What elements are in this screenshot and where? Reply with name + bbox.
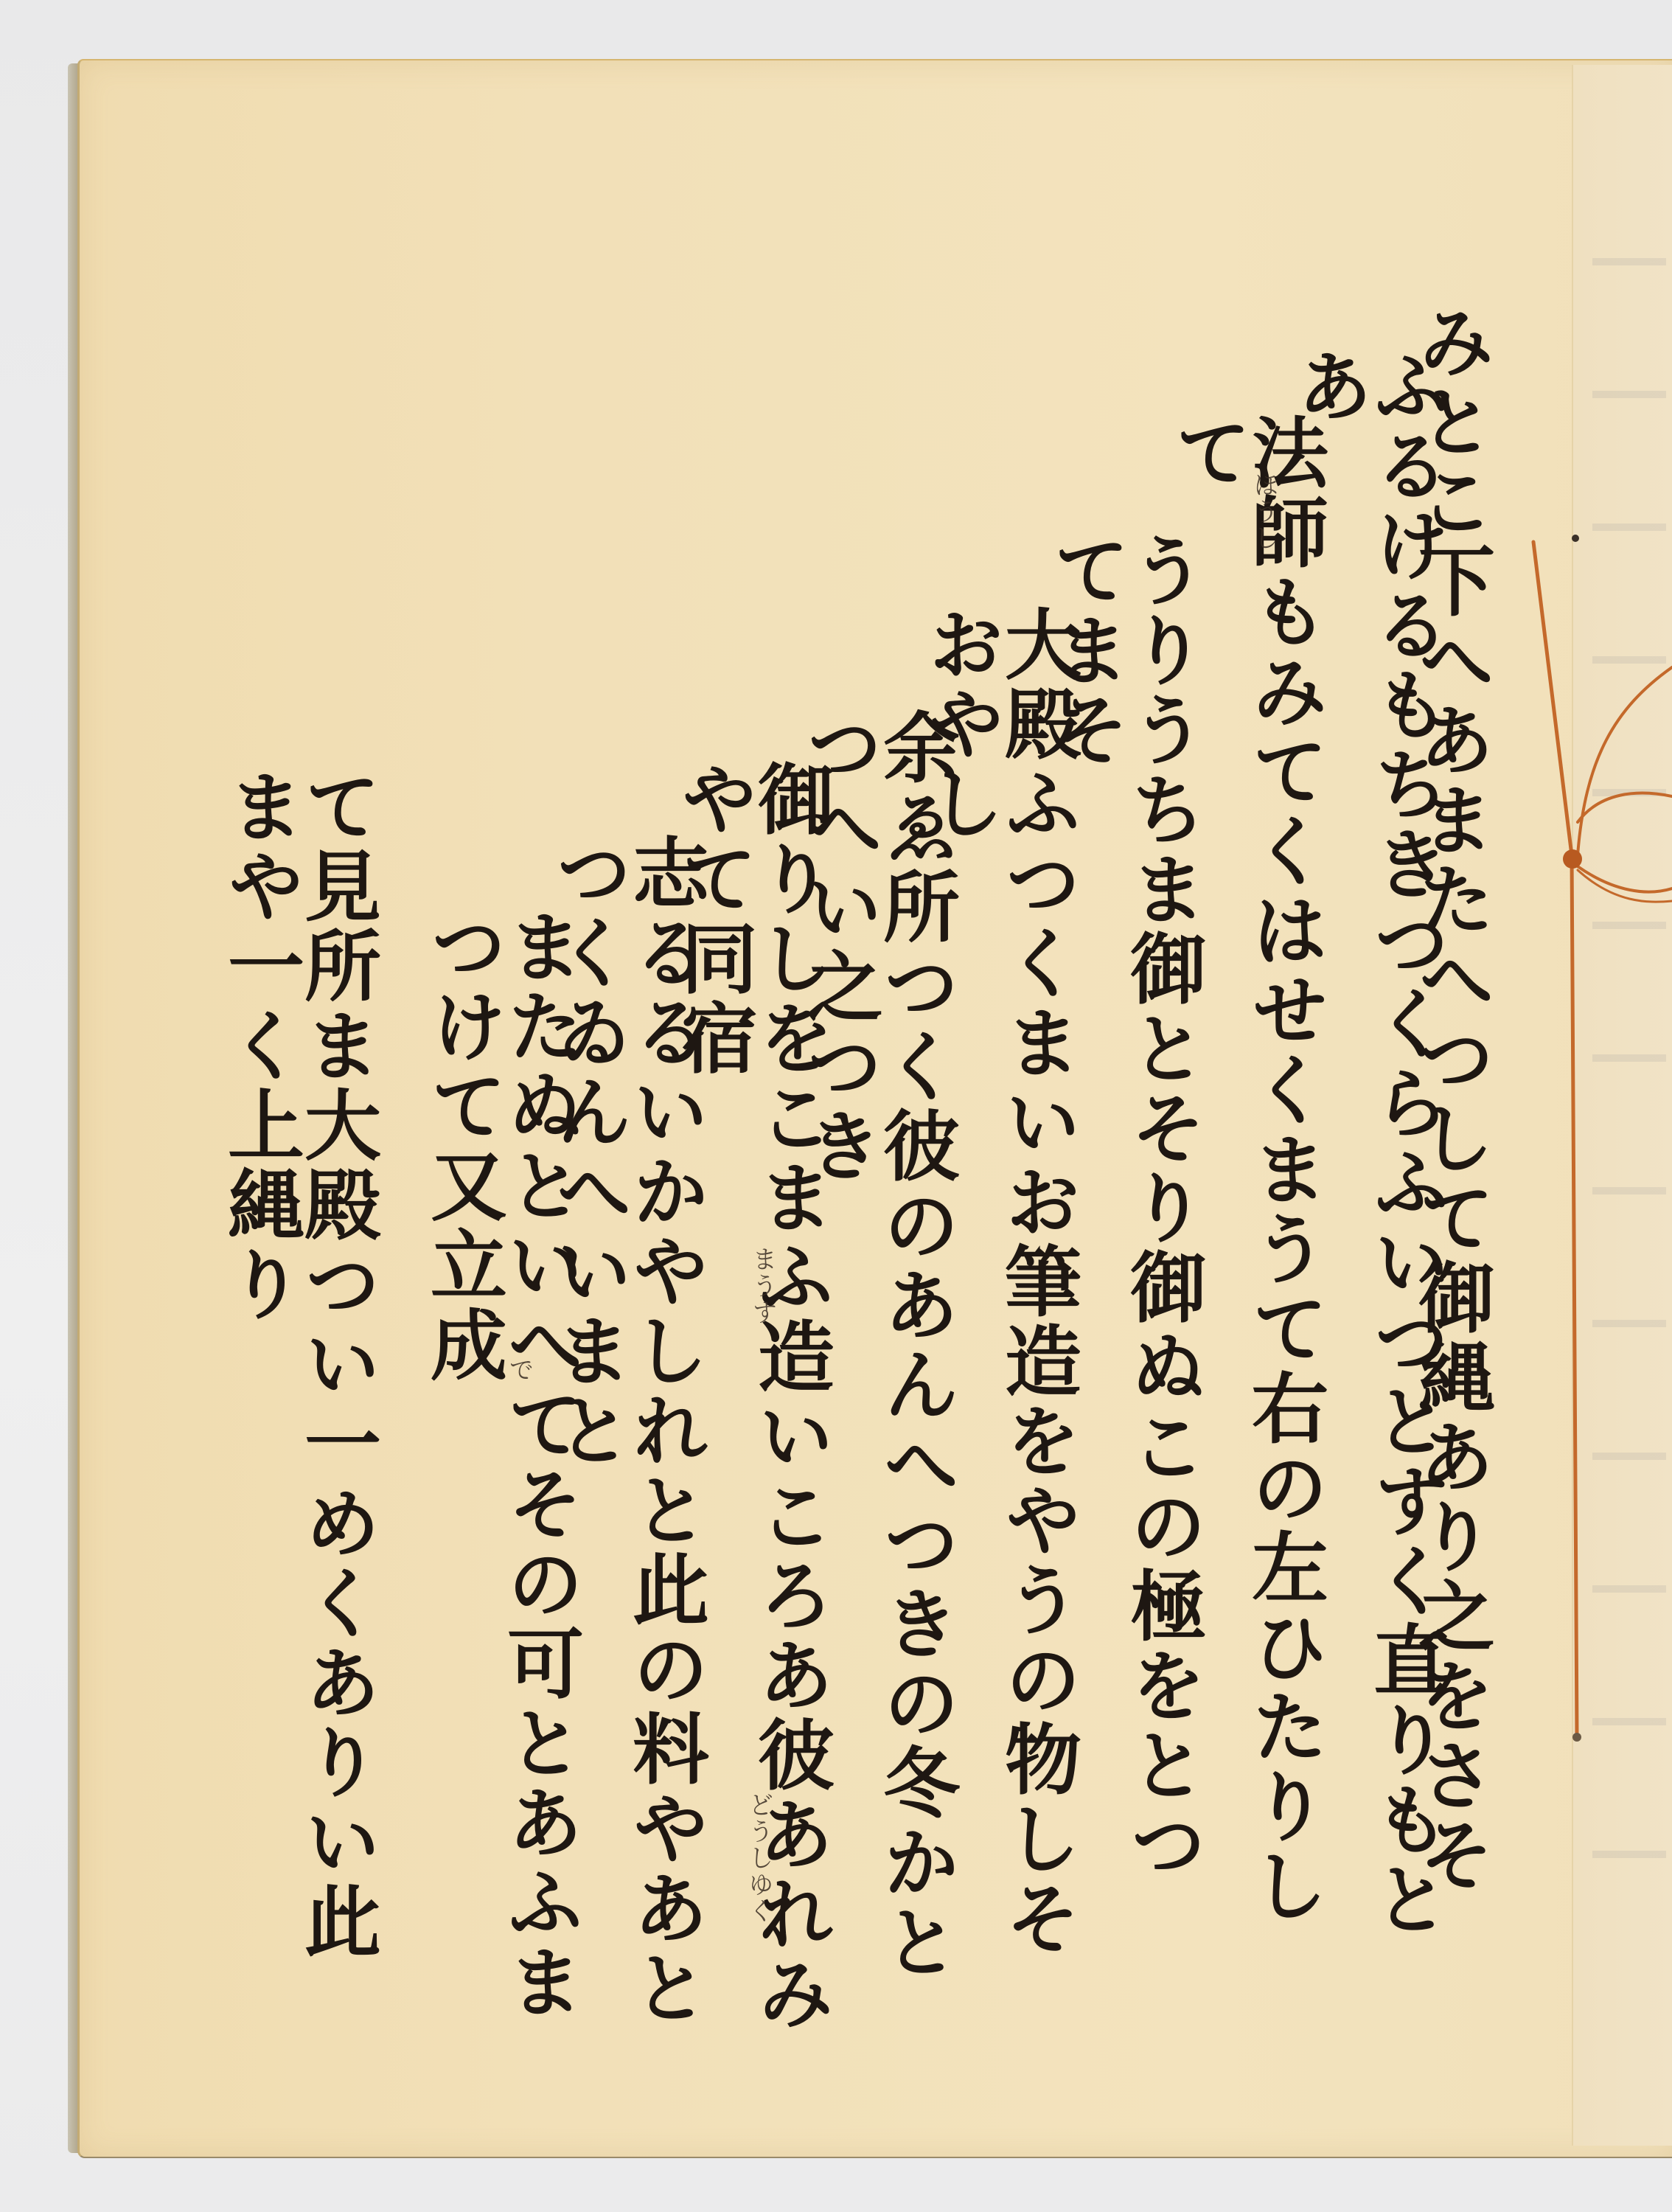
text-column-9: またぬといへてその可とあふまつけて又立成 bbox=[424, 907, 577, 2042]
gloss-mausu: まうす bbox=[745, 1246, 781, 1326]
gloss-doushuku: どうしゆく bbox=[741, 1792, 777, 1924]
show-through-ink bbox=[1592, 192, 1666, 1961]
text-column-10: て見所ま大殿つい一めくありい此まや一く上縄り bbox=[221, 767, 375, 2035]
gloss-de: で bbox=[501, 1357, 537, 1383]
gloss-column-3: ほうし bbox=[1246, 472, 1282, 552]
